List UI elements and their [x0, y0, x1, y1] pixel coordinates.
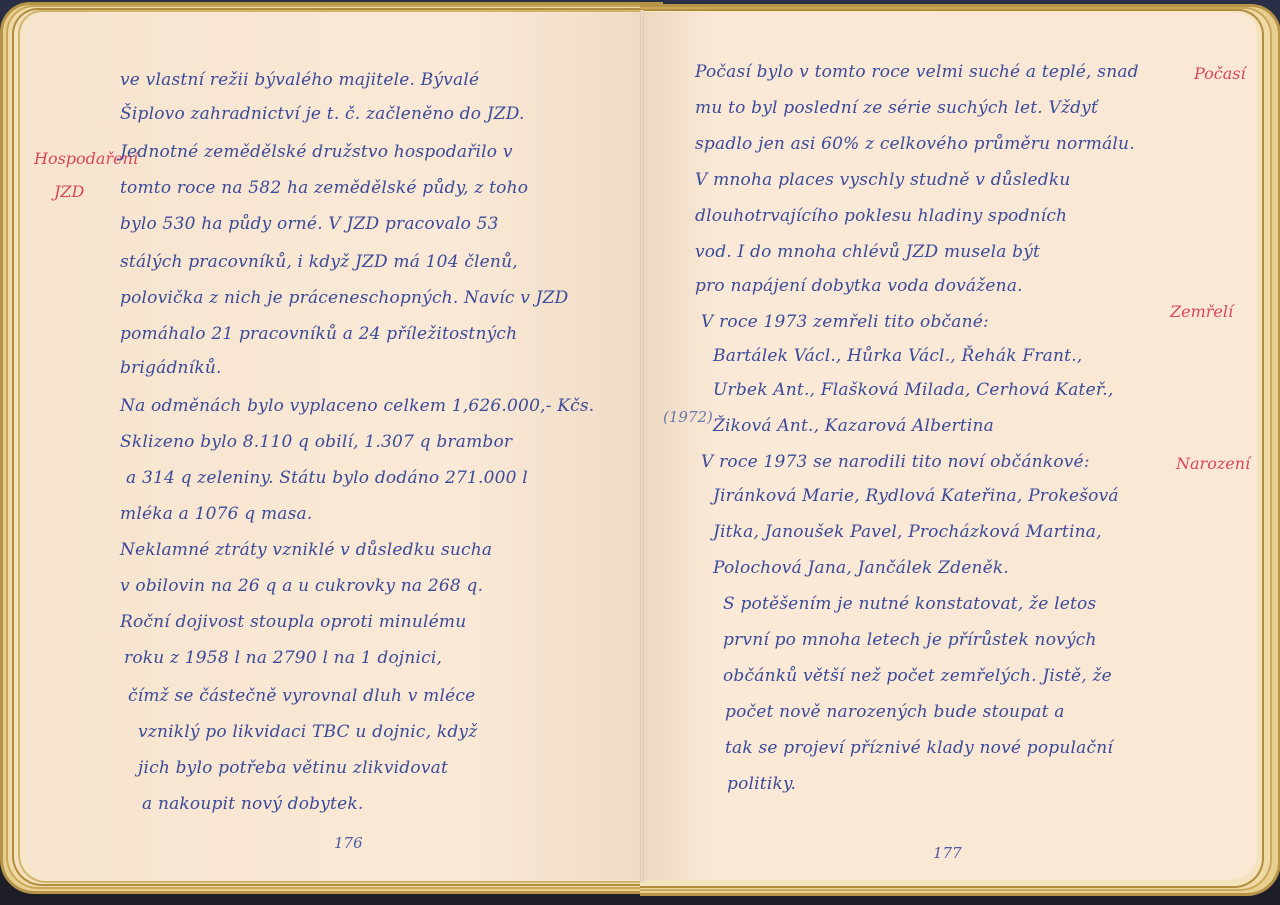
text-line: Roční dojivost stoupla oproti minulému — [120, 612, 466, 632]
text-line: pomáhalo 21 pracovníků a 24 příležitostn… — [120, 324, 517, 344]
text-line: čímž se částečně vyrovnal dluh v mléce — [128, 686, 475, 706]
text-line: Šiplovo zahradnictví je t. č. začleněno … — [120, 104, 525, 124]
page-number-left: 176 — [334, 834, 363, 852]
text-line: Žiková Ant., Kazarová Albertina — [713, 416, 994, 436]
text-line: V roce 1973 zemřeli tito občané: — [701, 312, 989, 332]
text-line: bylo 530 ha půdy orné. V JZD pracovalo 5… — [120, 214, 499, 234]
margin-note-zemreli: Zemřelí — [1170, 302, 1233, 321]
text-line: vzniklý po likvidaci TBC u dojnic, když — [138, 722, 477, 742]
margin-note-narozeni: Narození — [1176, 454, 1250, 473]
margin-note-jzd: JZD — [54, 182, 84, 201]
text-line: občánků větší než počet zemřelých. Jistě… — [723, 666, 1112, 686]
text-line: V roce 1973 se narodili tito noví občánk… — [701, 452, 1090, 472]
text-line: Na odměnách bylo vyplaceno celkem 1,626.… — [120, 396, 594, 416]
margin-note-year-1972: (1972) — [663, 408, 713, 426]
text-line: polovička z nich je práceneschopných. Na… — [120, 288, 568, 308]
right-page: Počasí Zemřelí Narození (1972) Počasí by… — [643, 12, 1257, 880]
text-line: Neklamné ztráty vzniklé v důsledku sucha — [120, 540, 492, 560]
text-line: Jiránková Marie, Rydlová Kateřina, Proke… — [713, 486, 1119, 506]
text-line: počet nově narozených bude stoupat a — [725, 702, 1065, 722]
text-line: a 314 q zeleniny. Státu bylo dodáno 271.… — [126, 468, 528, 488]
text-line: pro napájení dobytka voda dovážena. — [695, 276, 1023, 296]
text-line: mu to byl poslední ze série suchých let.… — [695, 98, 1098, 118]
text-line: politiky. — [727, 774, 796, 794]
text-line: mléka a 1076 q masa. — [120, 504, 312, 524]
page-number-right: 177 — [933, 844, 962, 862]
text-line: tak se projeví příznivé klady nové popul… — [725, 738, 1113, 758]
text-line: V mnoha places vyschly studně v důsledku — [695, 170, 1070, 190]
text-line: a nakoupit nový dobytek. — [142, 794, 363, 814]
text-line: stálých pracovníků, i když JZD má 104 čl… — [120, 252, 518, 272]
book-gutter — [640, 10, 644, 882]
left-page: Hospodaření JZD ve vlastní režii bývaléh… — [26, 12, 642, 880]
text-line: roku z 1958 l na 2790 l na 1 dojnici, — [124, 648, 442, 668]
text-line: Polochová Jana, Jančálek Zdeněk. — [713, 558, 1009, 578]
text-line: Sklizeno bylo 8.110 q obilí, 1.307 q bra… — [120, 432, 512, 452]
text-line: spadlo jen asi 60% z celkového průměru n… — [695, 134, 1135, 154]
notebook-scene: Hospodaření JZD ve vlastní režii bývaléh… — [0, 0, 1280, 905]
text-line: Jitka, Janoušek Pavel, Procházková Marti… — [713, 522, 1102, 542]
text-line: dlouhotrvajícího poklesu hladiny spodníc… — [695, 206, 1067, 226]
text-line: první po mnoha letech je přírůstek novýc… — [723, 630, 1097, 650]
text-line: brigádníků. — [120, 358, 222, 378]
text-line: Bartálek Václ., Hůrka Václ., Řehák Frant… — [713, 346, 1082, 366]
text-line: jich bylo potřeba větinu zlikvidovat — [138, 758, 448, 778]
text-line: v obilovin na 26 q a u cukrovky na 268 q… — [120, 576, 483, 596]
text-line: Počasí bylo v tomto roce velmi suché a t… — [695, 62, 1139, 82]
text-line: tomto roce na 582 ha zemědělské půdy, z … — [120, 178, 528, 198]
text-line: ve vlastní režii bývalého majitele. Býva… — [120, 70, 479, 90]
text-line: S potěšením je nutné konstatovat, že let… — [723, 594, 1096, 614]
text-line: Jednotné zemědělské družstvo hospodařilo… — [120, 142, 513, 162]
text-line: vod. I do mnoha chlévů JZD musela být — [695, 242, 1040, 262]
margin-note-pocasi: Počasí — [1194, 64, 1246, 83]
text-line: Urbek Ant., Flašková Milada, Cerhová Kat… — [713, 380, 1114, 400]
